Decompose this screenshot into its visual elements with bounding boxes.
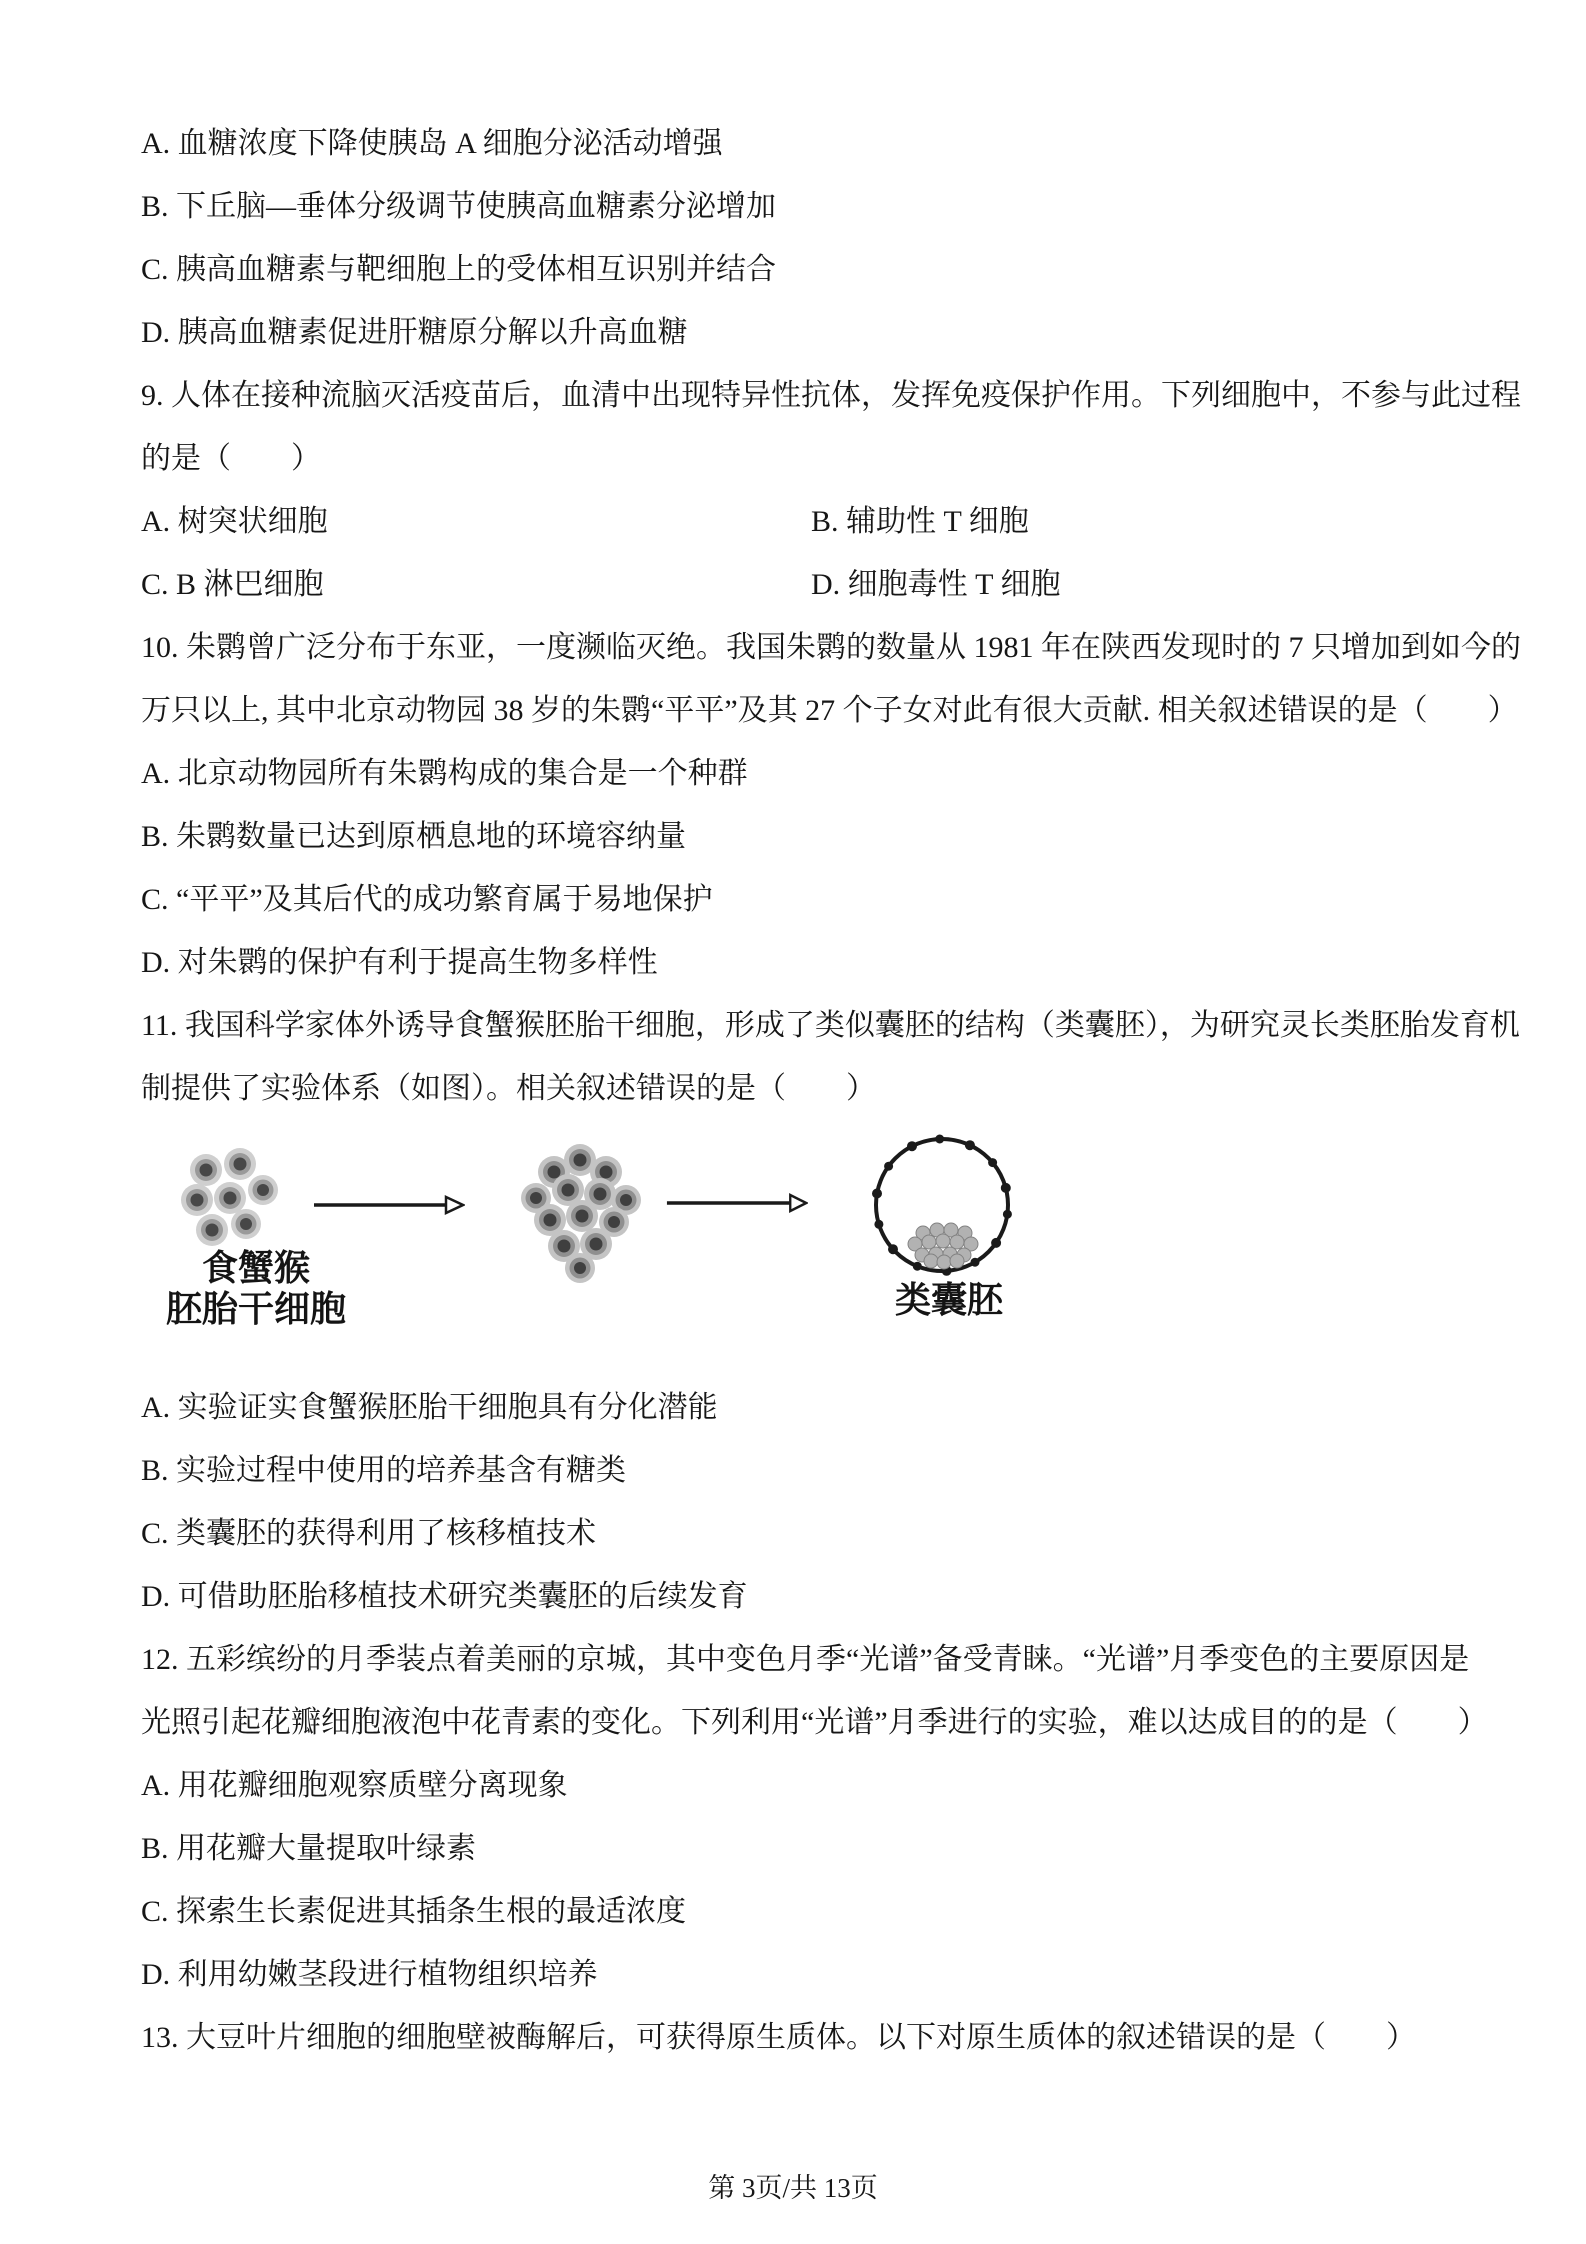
embryonic-stem-cells-illustration	[166, 1140, 286, 1260]
option-line: B. 朱鹮数量已达到原栖息地的环境容纳量	[141, 801, 1501, 864]
option-line: C. 胰高血糖素与靶细胞上的受体相互识别并结合	[141, 234, 1501, 297]
option-line: D. 胰高血糖素促进肝糖原分解以升高血糖	[141, 297, 1501, 360]
option-right: B. 辅助性 T 细胞	[811, 496, 1029, 540]
option-line: A. 实验证实食蟹猴胚胎干细胞具有分化潜能	[141, 1372, 1501, 1435]
question-stem: 万只以上, 其中北京动物园 38 岁的朱鹮“平平”及其 27 个子女对此有很大贡…	[141, 675, 1501, 738]
option-line: C. 探索生长素促进其插条生根的最适浓度	[141, 1876, 1501, 1939]
option-left: A. 树突状细胞	[141, 496, 328, 540]
question-stem: 13. 大豆叶片细胞的细胞壁被酶解后，可获得原生质体。以下对原生质体的叙述错误的…	[141, 2002, 1501, 2065]
option-line: D. 对朱鹮的保护有利于提高生物多样性	[141, 927, 1501, 990]
question-stem: 的是（ ）	[141, 423, 1501, 486]
option-line: B. 用花瓣大量提取叶绿素	[141, 1813, 1501, 1876]
cell-aggregate-illustration	[510, 1138, 650, 1288]
question-stem: 12. 五彩缤纷的月季装点着美丽的京城，其中变色月季“光谱”备受青睐。“光谱”月…	[141, 1624, 1501, 1687]
question-stem: 制提供了实验体系（如图）。相关叙述错误的是（ ）	[141, 1053, 1501, 1116]
page-footer: 第 3页/共 13页	[0, 2166, 1586, 2205]
exam-content: A. 血糖浓度下降使胰岛 A 细胞分泌活动增强 B. 下丘脑—垂体分级调节使胰高…	[141, 108, 1501, 2065]
option-row: C. B 淋巴细胞 D. 细胞毒性 T 细胞	[141, 549, 1501, 612]
option-line: C. 类囊胚的获得利用了核移植技术	[141, 1498, 1501, 1561]
option-line: B. 实验过程中使用的培养基含有糖类	[141, 1435, 1501, 1498]
question-stem: 光照引起花瓣细胞液泡中花青素的变化。下列利用“光谱”月季进行的实验，难以达成目的…	[141, 1687, 1501, 1750]
figure-label-line: 食蟹猴	[141, 1248, 371, 1289]
option-line: A. 北京动物园所有朱鹮构成的集合是一个种群	[141, 738, 1501, 801]
option-line: D. 利用幼嫩茎段进行植物组织培养	[141, 1939, 1501, 2002]
blastoid-illustration	[867, 1130, 1017, 1280]
option-line: C. “平平”及其后代的成功繁育属于易地保护	[141, 864, 1501, 927]
question-stem: 11. 我国科学家体外诱导食蟹猴胚胎干细胞，形成了类似囊胚的结构（类囊胚），为研…	[141, 990, 1501, 1053]
question-stem: 9. 人体在接种流脑灭活疫苗后，血清中出现特异性抗体，发挥免疫保护作用。下列细胞…	[141, 360, 1501, 423]
figure-label-stem-cells: 食蟹猴 胚胎干细胞	[141, 1248, 371, 1330]
option-line: B. 下丘脑—垂体分级调节使胰高血糖素分泌增加	[141, 171, 1501, 234]
figure-label-line: 胚胎干细胞	[141, 1289, 371, 1330]
option-line: A. 血糖浓度下降使胰岛 A 细胞分泌活动增强	[141, 108, 1501, 171]
question-stem: 10. 朱鹮曾广泛分布于东亚，一度濒临灭绝。我国朱鹮的数量从 1981 年在陕西…	[141, 612, 1501, 675]
figure-label-blastoid: 类囊胚	[849, 1280, 1049, 1321]
option-line: A. 用花瓣细胞观察质壁分离现象	[141, 1750, 1501, 1813]
option-right: D. 细胞毒性 T 细胞	[811, 559, 1060, 603]
option-row: A. 树突状细胞 B. 辅助性 T 细胞	[141, 486, 1501, 549]
arrow-right-icon	[313, 1194, 465, 1216]
option-line: D. 可借助胚胎移植技术研究类囊胚的后续发育	[141, 1561, 1501, 1624]
arrow-right-icon	[666, 1192, 808, 1214]
option-left: C. B 淋巴细胞	[141, 559, 324, 603]
exam-page: A. 血糖浓度下降使胰岛 A 细胞分泌活动增强 B. 下丘脑—垂体分级调节使胰高…	[0, 0, 1586, 2244]
blastoid-formation-figure: 食蟹猴 胚胎干细胞 类囊胚	[141, 1116, 1501, 1372]
